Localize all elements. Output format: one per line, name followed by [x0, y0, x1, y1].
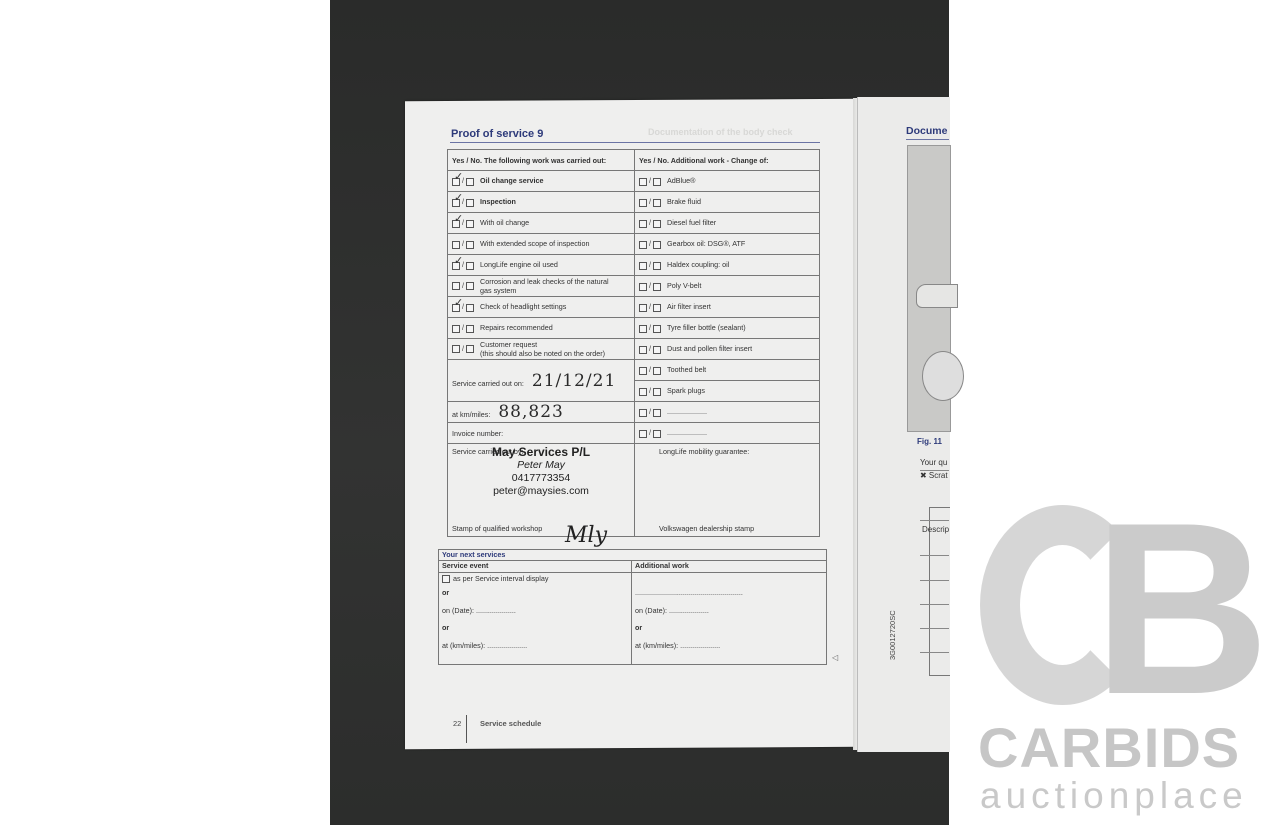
mileage-cell: at km/miles:88,823	[448, 402, 635, 423]
work-item-label: LongLife engine oil used	[480, 260, 558, 269]
additional-work-label: Poly V-belt	[667, 281, 701, 290]
yes-checkbox[interactable]	[639, 178, 647, 186]
table-row: /Repairs recommended/Tyre filler bottle …	[448, 318, 820, 339]
yes-checkbox[interactable]	[452, 282, 460, 290]
stamp-name: Peter May	[448, 459, 634, 472]
watermark-tagline: auctionplace	[980, 775, 1248, 817]
additional-work-label: AdBlue®	[667, 176, 695, 185]
additional-work-label: Air filter insert	[667, 302, 711, 311]
mileage-value[interactable]: 88,823	[498, 402, 563, 422]
separator: /	[649, 428, 651, 437]
work-carried-out-header: Yes / No. The following work was carried…	[448, 150, 635, 171]
yes-checkbox[interactable]	[639, 325, 647, 333]
work-item-label: Corrosion and leak checks of the natural…	[480, 277, 620, 295]
table-row: /✓Check of headlight settings/Air filter…	[448, 297, 820, 318]
yes-no-checkboxes: /	[639, 428, 661, 437]
no-checkbox[interactable]	[653, 409, 661, 417]
right-table-row	[920, 555, 949, 556]
no-checkbox[interactable]	[653, 388, 661, 396]
next-service-line: or	[442, 584, 628, 602]
car-front-illustration	[916, 284, 958, 308]
table-row: /✓Inspection/Brake fluid	[448, 192, 820, 213]
additional-work-item: /Gearbox oil: DSG®, ATF	[635, 234, 820, 255]
separator: /	[649, 344, 651, 353]
footer-section: Service schedule	[480, 719, 541, 728]
additional-work-line: ........................................…	[635, 584, 823, 602]
right-table-header: Descrip	[922, 525, 949, 534]
additional-work-label: Haldex coupling: oil	[667, 260, 729, 269]
document-code: 3G0012720SC	[888, 610, 897, 660]
no-checkbox[interactable]	[466, 304, 474, 312]
yes-no-checkboxes: /	[452, 239, 474, 248]
work-item: /✓LongLife engine oil used	[448, 255, 635, 276]
work-item-label: Repairs recommended	[480, 323, 553, 332]
no-checkbox[interactable]	[653, 325, 661, 333]
right-title-rule	[906, 139, 949, 140]
additional-work-header: Additional work	[632, 561, 827, 573]
right-table-row	[920, 628, 949, 629]
work-item: /Customer request(this should also be no…	[448, 339, 635, 360]
no-checkbox[interactable]	[653, 262, 661, 270]
yes-no-checkboxes: /	[452, 281, 474, 290]
handwritten-tick-icon: ✓	[454, 296, 463, 309]
additional-work-item: /Tyre filler bottle (sealant)	[635, 318, 820, 339]
no-checkbox[interactable]	[653, 178, 661, 186]
wheel-illustration	[922, 351, 964, 401]
yes-no-checkboxes: /	[639, 197, 661, 206]
next-services-table: Your next services Service event Additio…	[438, 549, 827, 665]
separator: /	[649, 365, 651, 374]
work-item: /✓Inspection	[448, 192, 635, 213]
table-row: /Customer request(this should also be no…	[448, 339, 820, 360]
yes-no-checkboxes: /✓	[452, 218, 474, 227]
work-item: /Corrosion and leak checks of the natura…	[448, 276, 635, 297]
additional-work-label: Toothed belt	[667, 365, 706, 374]
invoice-cell: Invoice number:	[448, 423, 635, 444]
no-checkbox[interactable]	[466, 345, 474, 353]
next-service-line: or	[442, 619, 628, 637]
bleed-through-heading: Documentation of the body check	[648, 127, 793, 137]
additional-work-item: /Dust and pollen filter insert	[635, 339, 820, 360]
separator: /	[462, 344, 464, 353]
additional-work-label: ....................	[667, 407, 707, 416]
yes-no-checkboxes: /	[639, 344, 661, 353]
additional-work-item: /Air filter insert	[635, 297, 820, 318]
yes-no-checkboxes: /✓	[452, 302, 474, 311]
car-figure	[907, 145, 951, 432]
service-date-cell: Service carried out on:21/12/21	[448, 360, 635, 402]
additional-work-item: /Toothed belt	[635, 360, 820, 381]
service-date-label: Service carried out on:	[452, 379, 524, 388]
no-checkbox[interactable]	[653, 367, 661, 375]
continue-arrow-icon: ◁	[832, 653, 838, 662]
table-row: /With extended scope of inspection/Gearb…	[448, 234, 820, 255]
additional-work-item: /AdBlue®	[635, 171, 820, 192]
stamp-email: peter@maysies.com	[448, 485, 634, 498]
table-row: at km/miles:88,823/....................	[448, 402, 820, 423]
separator: /	[462, 239, 464, 248]
work-item: /With extended scope of inspection	[448, 234, 635, 255]
work-item: /✓With oil change	[448, 213, 635, 234]
additional-work-line	[635, 574, 823, 584]
additional-work-line: at (km/miles): ....................	[635, 637, 823, 655]
proof-of-service-table: Yes / No. The following work was carried…	[447, 149, 820, 537]
next-service-line: as per Service interval display	[442, 574, 628, 584]
separator: /	[649, 239, 651, 248]
yes-checkbox[interactable]	[639, 346, 647, 354]
separator: /	[649, 302, 651, 311]
additional-work-label: Diesel fuel filter	[667, 218, 716, 227]
right-text-line: Your qu	[920, 458, 947, 467]
no-checkbox[interactable]	[653, 283, 661, 291]
table-row: /Corrosion and leak checks of the natura…	[448, 276, 820, 297]
stamp-row: Service carried out by:May Services P/LP…	[448, 444, 820, 537]
work-item: /✓Check of headlight settings	[448, 297, 635, 318]
no-checkbox[interactable]	[653, 346, 661, 354]
additional-work-label: Spark plugs	[667, 386, 705, 395]
no-checkbox[interactable]	[653, 304, 661, 312]
no-checkbox[interactable]	[466, 241, 474, 249]
yes-no-checkboxes: /	[639, 365, 661, 374]
yes-no-checkboxes: /	[639, 176, 661, 185]
yes-no-checkboxes: /	[639, 281, 661, 290]
no-checkbox[interactable]	[466, 282, 474, 290]
service-date-value[interactable]: 21/12/21	[532, 371, 616, 391]
logo-b-letter: B	[1093, 508, 1270, 708]
yes-checkbox[interactable]	[452, 241, 460, 249]
separator: /	[649, 218, 651, 227]
additional-work-label: ....................	[667, 428, 707, 437]
right-table-row	[920, 652, 949, 653]
separator: /	[649, 386, 651, 395]
separator: /	[649, 260, 651, 269]
separator: /	[649, 323, 651, 332]
signature: Mly	[565, 523, 607, 548]
additional-work-label: Gearbox oil: DSG®, ATF	[667, 239, 745, 248]
work-item: /Repairs recommended	[448, 318, 635, 339]
work-item-label: Customer request(this should also be not…	[480, 340, 605, 358]
no-checkbox[interactable]	[466, 325, 474, 333]
yes-no-checkboxes: /	[639, 218, 661, 227]
yes-no-checkboxes: /✓	[452, 176, 474, 185]
longlife-guarantee-label: LongLife mobility guarantee:	[659, 447, 749, 456]
separator: /	[462, 281, 464, 290]
work-item: /✓Oil change service	[448, 171, 635, 192]
separator: /	[462, 323, 464, 332]
no-checkbox[interactable]	[466, 262, 474, 270]
page-number: 22	[453, 719, 461, 728]
yes-checkbox[interactable]	[639, 388, 647, 396]
service-interval-checkbox[interactable]	[442, 575, 450, 583]
work-item-label: Inspection	[480, 197, 516, 206]
invoice-label: Invoice number:	[452, 429, 503, 438]
next-services-title: Your next services	[439, 550, 827, 561]
yes-checkbox[interactable]	[639, 241, 647, 249]
additional-work-label: Dust and pollen filter insert	[667, 344, 752, 353]
additional-work-item: /Brake fluid	[635, 192, 820, 213]
work-item-label: With oil change	[480, 218, 529, 227]
yes-checkbox[interactable]	[452, 325, 460, 333]
figure-label: Fig. 11	[917, 437, 942, 446]
additional-work-item: /Diesel fuel filter	[635, 213, 820, 234]
stamp-workshop-label: Stamp of qualified workshop	[452, 524, 542, 533]
no-checkbox[interactable]	[466, 199, 474, 207]
work-item-label: Check of headlight settings	[480, 302, 566, 311]
stamp-company: May Services P/L	[448, 446, 634, 459]
table-row: /✓Oil change service/AdBlue®	[448, 171, 820, 192]
yes-checkbox[interactable]	[639, 199, 647, 207]
table-row: Invoice number:/....................	[448, 423, 820, 444]
additional-work-item: /Spark plugs	[635, 381, 820, 402]
additional-work-line: on (Date): ....................	[635, 602, 823, 620]
no-checkbox[interactable]	[653, 241, 661, 249]
yes-checkbox[interactable]	[639, 367, 647, 375]
additional-work-line: or	[635, 619, 823, 637]
right-table-row	[920, 604, 949, 605]
right-page-title: Docume	[906, 125, 947, 137]
table-row: /✓LongLife engine oil used/Haldex coupli…	[448, 255, 820, 276]
yes-no-checkboxes: /✓	[452, 260, 474, 269]
dealership-stamp-label: Volkswagen dealership stamp	[659, 524, 754, 533]
footer-divider	[466, 715, 467, 743]
right-bullet-line: ✖ Scrat	[920, 471, 948, 480]
additional-work-item: /Poly V-belt	[635, 276, 820, 297]
next-service-line: at (km/miles): ....................	[442, 637, 628, 655]
workshop-stamp-cell: Service carried out by:May Services P/LP…	[448, 444, 635, 537]
additional-work-item: /....................	[635, 402, 820, 423]
yes-no-checkboxes: /	[639, 323, 661, 332]
yes-checkbox[interactable]	[639, 283, 647, 291]
yes-no-checkboxes: /	[452, 344, 474, 353]
additional-work-cell: ........................................…	[632, 573, 827, 665]
yes-no-checkboxes: /	[639, 386, 661, 395]
yes-checkbox[interactable]	[639, 220, 647, 228]
handwritten-tick-icon: ✓	[454, 254, 463, 267]
yes-no-checkboxes: /	[452, 323, 474, 332]
no-checkbox[interactable]	[466, 178, 474, 186]
additional-work-item: /Haldex coupling: oil	[635, 255, 820, 276]
yes-no-checkboxes: /✓	[452, 197, 474, 206]
carbids-watermark: B CARBIDS auctionplace	[975, 505, 1260, 815]
table-row: Service carried out on:21/12/21/Toothed …	[448, 360, 820, 381]
no-checkbox[interactable]	[653, 220, 661, 228]
title-rule	[450, 142, 820, 143]
separator: /	[649, 281, 651, 290]
table-row: /✓With oil change/Diesel fuel filter	[448, 213, 820, 234]
right-table-row	[920, 580, 949, 581]
right-table-row	[920, 520, 949, 521]
work-item-label: Oil change service	[480, 176, 544, 185]
yes-no-checkboxes: /	[639, 407, 661, 416]
stamp-phone: 0417773354	[448, 472, 634, 485]
service-event-cell: as per Service interval displayoron (Dat…	[439, 573, 632, 665]
handwritten-tick-icon: ✓	[454, 191, 463, 204]
mileage-label: at km/miles:	[452, 410, 490, 419]
yes-no-checkboxes: /	[639, 239, 661, 248]
yes-checkbox[interactable]	[639, 262, 647, 270]
yes-checkbox[interactable]	[639, 409, 647, 417]
additional-work-header: Yes / No. Additional work - Change of:	[635, 150, 820, 171]
work-item-label: With extended scope of inspection	[480, 239, 589, 248]
yes-checkbox[interactable]	[639, 304, 647, 312]
workshop-stamp: May Services P/LPeter May0417773354peter…	[448, 446, 634, 498]
page-title: Proof of service 9	[451, 128, 543, 140]
service-event-header: Service event	[439, 561, 632, 573]
no-checkbox[interactable]	[466, 220, 474, 228]
handwritten-tick-icon: ✓	[454, 212, 463, 225]
no-checkbox[interactable]	[653, 199, 661, 207]
watermark-brand: CARBIDS	[978, 715, 1240, 780]
no-checkbox[interactable]	[653, 430, 661, 438]
yes-no-checkboxes: /	[639, 260, 661, 269]
separator: /	[649, 197, 651, 206]
yes-checkbox[interactable]	[639, 430, 647, 438]
handwritten-tick-icon: ✓	[454, 170, 463, 183]
additional-work-label: Tyre filler bottle (sealant)	[667, 323, 746, 332]
dealership-stamp-cell: LongLife mobility guarantee:Volkswagen d…	[635, 444, 820, 537]
next-service-line: on (Date): ....................	[442, 602, 628, 620]
separator: /	[649, 407, 651, 416]
separator: /	[649, 176, 651, 185]
yes-checkbox[interactable]	[452, 345, 460, 353]
additional-work-item: /....................	[635, 423, 820, 444]
yes-no-checkboxes: /	[639, 302, 661, 311]
additional-work-label: Brake fluid	[667, 197, 701, 206]
